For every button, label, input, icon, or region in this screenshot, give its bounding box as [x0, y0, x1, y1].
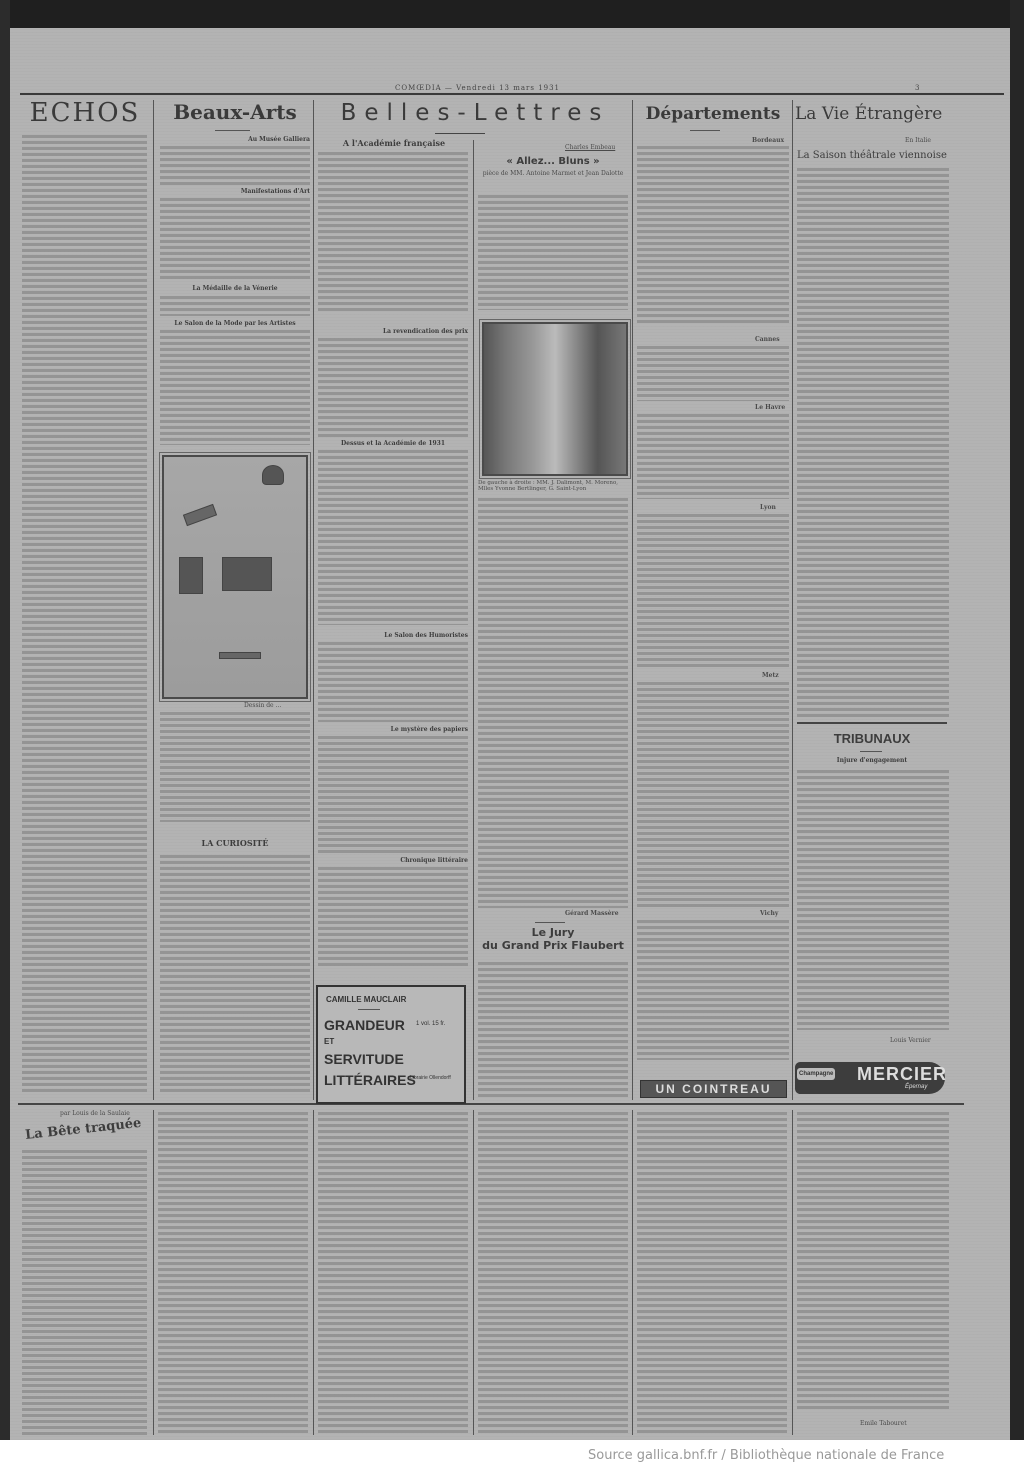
photo-caption: De gauche à droite : MM. J. Dalimont, M.… — [478, 480, 628, 492]
subhead: Dessus et la Académie de 1931 — [318, 440, 468, 447]
city-heading: Cannes — [755, 336, 780, 343]
page-number: 3 — [915, 84, 919, 92]
belles-lettres-text — [318, 736, 468, 854]
column-rule — [153, 1110, 154, 1435]
play-title: « Allez... Bluns » — [478, 156, 628, 167]
ad-mercier-tag: Épernay — [905, 1084, 927, 1090]
section-title-departements: Départements — [637, 104, 789, 124]
feuilleton-text — [637, 1112, 787, 1435]
scan-left-edge — [0, 0, 10, 1440]
ad-title-line4: LITTÉRAIRES — [324, 1072, 416, 1088]
dancer-photo — [162, 455, 308, 699]
ad-mercier-small: Champagne — [797, 1068, 835, 1080]
feuilleton-text — [318, 1112, 468, 1435]
departements-text — [637, 920, 789, 1060]
ad-author: CAMILLE MAUCLAIR — [326, 995, 406, 1004]
belles-lettres-text — [318, 338, 468, 438]
tribunaux-title: TRIBUNAUX — [797, 731, 947, 746]
departements-text — [637, 346, 789, 401]
tribunaux-subhead: Injure d'engagement — [797, 757, 947, 764]
masthead: COMŒDIA — Vendredi 13 mars 1931 — [395, 84, 560, 92]
title-underline — [435, 133, 485, 134]
figure-glove — [179, 557, 203, 594]
figure-costume — [222, 557, 272, 591]
subhead: La Médaille de la Vénerie — [160, 285, 310, 292]
belles-lettres-text — [318, 152, 468, 312]
signature: Louis Vernier — [890, 1037, 931, 1044]
city-heading: Bordeaux — [752, 137, 784, 144]
header-rule — [20, 93, 1004, 95]
city-heading: Metz — [762, 672, 779, 679]
figure-arm — [183, 504, 217, 526]
beaux-arts-text — [160, 198, 310, 280]
beaux-arts-text — [160, 296, 310, 316]
feuilleton-text — [797, 1112, 949, 1412]
divider — [797, 722, 947, 724]
source-credit: Source gallica.bnf.fr / Bibliothèque nat… — [588, 1448, 944, 1463]
article-subtitle: La Saison théâtrale viennoise — [797, 150, 947, 161]
departements-text — [637, 514, 789, 669]
column-rule — [473, 140, 474, 1100]
echos-text — [22, 135, 147, 1095]
subhead-academie: A l'Académie française — [318, 138, 470, 148]
figure-foot — [219, 652, 261, 659]
ad-mercier-brand: MERCIER — [857, 1064, 947, 1085]
beaux-arts-text — [160, 712, 310, 822]
feuilleton-byline: par Louis de la Saulaie — [60, 1110, 130, 1117]
city-heading: Lyon — [760, 504, 776, 511]
cast-photo — [482, 322, 628, 476]
ad-title-line3: SERVITUDE — [324, 1051, 404, 1067]
signature: Gérard Massère — [565, 910, 619, 917]
belles-lettres-text — [318, 642, 468, 722]
column-rule — [473, 1110, 474, 1435]
section-title-belles-lettres: Belles-Lettres — [320, 100, 630, 126]
jury-text — [478, 962, 628, 1097]
column-rule — [792, 1110, 793, 1435]
column-rule — [313, 100, 314, 1100]
section-title-beaux-arts: Beaux-Arts — [160, 100, 310, 124]
column-rule — [313, 1110, 314, 1435]
theatre-review-text — [478, 498, 628, 908]
play-subtitle: pièce de MM. Antoine Marmet et Jean Dalo… — [478, 170, 628, 177]
divider — [860, 751, 882, 752]
subhead: Le mystère des papiers — [318, 726, 468, 733]
belles-lettres-text — [318, 450, 468, 625]
beaux-arts-text — [160, 855, 310, 1095]
theatre-review-text — [478, 195, 628, 310]
subhead-curiosite: LA CURIOSITÉ — [160, 838, 310, 848]
column-rule — [792, 100, 793, 1100]
column-rule — [153, 100, 154, 1100]
fold-rule — [18, 1103, 964, 1105]
subhead: Chronique littéraire — [318, 857, 468, 864]
title-underline — [690, 130, 720, 131]
scan-right-edge — [1010, 0, 1024, 1440]
city-heading: Le Havre — [755, 404, 785, 411]
departements-text — [637, 682, 789, 907]
subhead: Le Salon de la Mode par les Artistes — [160, 320, 310, 327]
title-underline — [215, 130, 250, 131]
subhead: La revendication des prix — [318, 328, 468, 335]
ad-cointreau: UN COINTREAU — [640, 1080, 787, 1098]
column-rule — [632, 100, 633, 1100]
subhead: Manifestations d'Art — [160, 188, 310, 195]
city-heading: Vichy — [760, 910, 778, 917]
figure-head — [262, 465, 284, 485]
ad-champagne-mercier: Champagne MERCIER Épernay — [795, 1062, 945, 1094]
byline: Charles Embeau — [565, 144, 615, 151]
place-heading: En Italie — [905, 137, 931, 144]
beaux-arts-text — [160, 330, 310, 445]
ad-price: 1 vol. 15 fr. — [416, 1021, 445, 1027]
jury-title-2: du Grand Prix Flaubert — [478, 939, 628, 952]
column-rule — [632, 1110, 633, 1435]
photo-caption: Dessin de ... — [244, 702, 281, 709]
feuilleton-text — [478, 1112, 628, 1435]
section-title-echos: ECHOS — [25, 98, 145, 128]
ad-rule — [358, 1009, 380, 1010]
ad-camille-mauclair: CAMILLE MAUCLAIR GRANDEUR 1 vol. 15 fr. … — [316, 985, 466, 1104]
ad-publisher: Librairie Ollendorff — [410, 1075, 451, 1081]
jury-title: Le Jury — [478, 926, 628, 939]
belles-lettres-text — [318, 867, 468, 967]
departements-text — [637, 414, 789, 499]
beaux-arts-text — [160, 146, 310, 186]
subhead: Au Musée Galliera — [160, 136, 310, 143]
feuilleton-text — [158, 1112, 308, 1435]
ad-title-line2: ET — [324, 1037, 334, 1046]
divider — [535, 922, 565, 923]
ad-title-line1: GRANDEUR — [324, 1017, 405, 1033]
section-title-vie-etrangere: La Vie Étrangère — [795, 104, 953, 124]
departements-text — [637, 146, 789, 326]
feuilleton-signature: Emile Tabouret — [860, 1420, 907, 1427]
tribunaux-text — [797, 770, 949, 1030]
subhead: Le Salon des Humoristes — [318, 632, 468, 639]
vie-etrangere-text — [797, 168, 949, 718]
feuilleton-text — [22, 1150, 147, 1435]
